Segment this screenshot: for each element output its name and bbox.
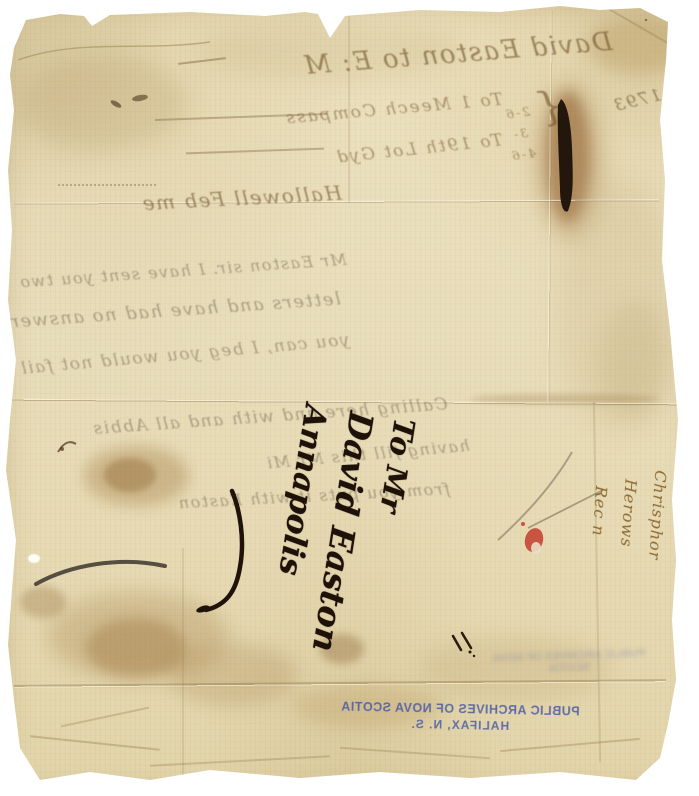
red-seal-speck [521, 522, 525, 526]
pencil-diagonal-stroke [498, 452, 572, 540]
paper-hole [28, 554, 40, 563]
tick-dot-1 [469, 651, 472, 654]
speck-top-right-2 [645, 19, 647, 21]
burn-streak-mark [558, 99, 573, 212]
endorsement-block: Chrisphor Herows Rec n [578, 410, 678, 616]
tick-marks-11 [453, 633, 471, 650]
ink-bleed-blob-2 [132, 94, 149, 103]
crease-curve-top-left [18, 42, 210, 60]
swoosh-stroke [36, 562, 165, 584]
bracket-end-blob [195, 604, 210, 614]
ink-bleed-blob-1 [110, 99, 123, 109]
ink-marks-layer [0, 0, 699, 796]
bracket-stroke [206, 491, 242, 610]
scanned-letter-canvas: David Easton to E: M To 1 Meech Compass … [0, 0, 699, 796]
squiggle-blob [60, 447, 64, 451]
red-seal-center [531, 542, 541, 554]
speck-top-right-1 [653, 9, 656, 12]
archive-stamp: PUBLIC ARCHIVES OF NOVA SCOTIA HALIFAX, … [336, 699, 585, 734]
letter-paper: David Easton to E: M To 1 Meech Compass … [0, 0, 699, 796]
